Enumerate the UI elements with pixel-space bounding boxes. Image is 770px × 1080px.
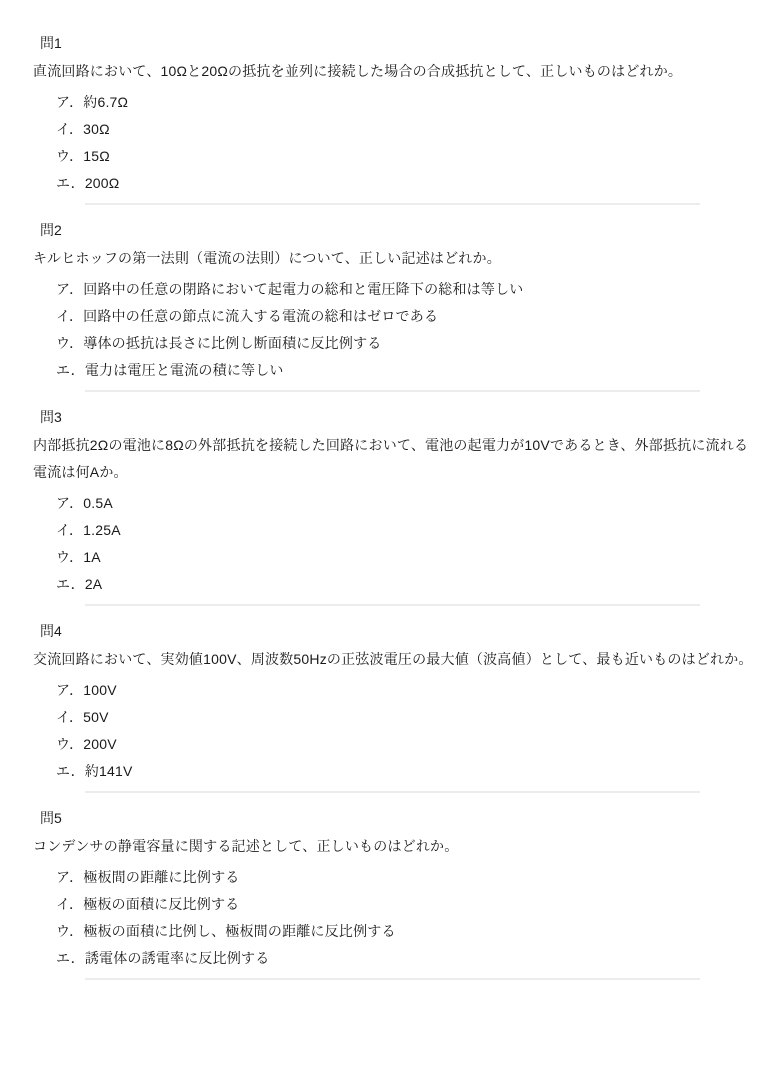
question-divider <box>85 978 700 980</box>
option-item: ア．極板間の距離に比例する <box>56 870 755 885</box>
question-text: 直流回路において、10Ωと20Ωの抵抗を並列に接続した場合の合成抵抗として、正し… <box>33 58 755 85</box>
question-text: キルヒホッフの第一法則（電流の法則）について、正しい記述はどれか。 <box>33 245 755 272</box>
question-block-1: 問1 直流回路において、10Ωと20Ωの抵抗を並列に接続した場合の合成抵抗として… <box>33 36 755 205</box>
option-item: イ．50V <box>56 710 755 725</box>
options-list: ア．0.5A イ．1.25A ウ．1A エ．2A <box>33 496 755 592</box>
question-text: 交流回路において、実効値100V、周波数50Hzの正弦波電圧の最大値（波高値）と… <box>33 646 755 673</box>
option-item: エ．約141V <box>56 764 755 779</box>
option-item: ウ．極板の面積に比例し、極板間の距離に反比例する <box>56 924 755 939</box>
option-item: ウ．200V <box>56 737 755 752</box>
option-item: イ．30Ω <box>56 122 755 137</box>
question-divider <box>85 604 700 606</box>
question-block-4: 問4 交流回路において、実効値100V、周波数50Hzの正弦波電圧の最大値（波高… <box>33 624 755 793</box>
question-block-3: 問3 内部抵抗2Ωの電池に8Ωの外部抵抗を接続した回路において、電池の起電力が1… <box>33 410 755 606</box>
option-item: エ．2A <box>56 577 755 592</box>
options-list: ア．約6.7Ω イ．30Ω ウ．15Ω エ．200Ω <box>33 95 755 191</box>
option-item: エ．誘電体の誘電率に反比例する <box>56 951 755 966</box>
question-number: 問1 <box>40 36 755 51</box>
exam-page: 問1 直流回路において、10Ωと20Ωの抵抗を並列に接続した場合の合成抵抗として… <box>0 0 770 980</box>
question-divider <box>85 203 700 205</box>
option-item: ア．100V <box>56 683 755 698</box>
option-item: ウ．導体の抵抗は長さに比例し断面積に反比例する <box>56 336 755 351</box>
question-number: 問2 <box>40 223 755 238</box>
option-item: エ．200Ω <box>56 176 755 191</box>
question-block-5: 問5 コンデンサの静電容量に関する記述として、正しいものはどれか。 ア．極板間の… <box>33 811 755 980</box>
option-item: イ．極板の面積に反比例する <box>56 897 755 912</box>
option-item: イ．1.25A <box>56 523 755 538</box>
option-item: ア．0.5A <box>56 496 755 511</box>
question-text: 内部抵抗2Ωの電池に8Ωの外部抵抗を接続した回路において、電池の起電力が10Vで… <box>33 432 755 486</box>
options-list: ア．100V イ．50V ウ．200V エ．約141V <box>33 683 755 779</box>
question-number: 問5 <box>40 811 755 826</box>
question-text: コンデンサの静電容量に関する記述として、正しいものはどれか。 <box>33 833 755 860</box>
option-item: イ．回路中の任意の節点に流入する電流の総和はゼロである <box>56 309 755 324</box>
question-divider <box>85 791 700 793</box>
option-item: エ．電力は電圧と電流の積に等しい <box>56 363 755 378</box>
option-item: ア．回路中の任意の閉路において起電力の総和と電圧降下の総和は等しい <box>56 282 755 297</box>
question-divider <box>85 390 700 392</box>
question-number: 問4 <box>40 624 755 639</box>
option-item: ウ．15Ω <box>56 149 755 164</box>
options-list: ア．回路中の任意の閉路において起電力の総和と電圧降下の総和は等しい イ．回路中の… <box>33 282 755 378</box>
option-item: ア．約6.7Ω <box>56 95 755 110</box>
option-item: ウ．1A <box>56 550 755 565</box>
question-block-2: 問2 キルヒホッフの第一法則（電流の法則）について、正しい記述はどれか。 ア．回… <box>33 223 755 392</box>
options-list: ア．極板間の距離に比例する イ．極板の面積に反比例する ウ．極板の面積に比例し、… <box>33 870 755 966</box>
question-number: 問3 <box>40 410 755 425</box>
